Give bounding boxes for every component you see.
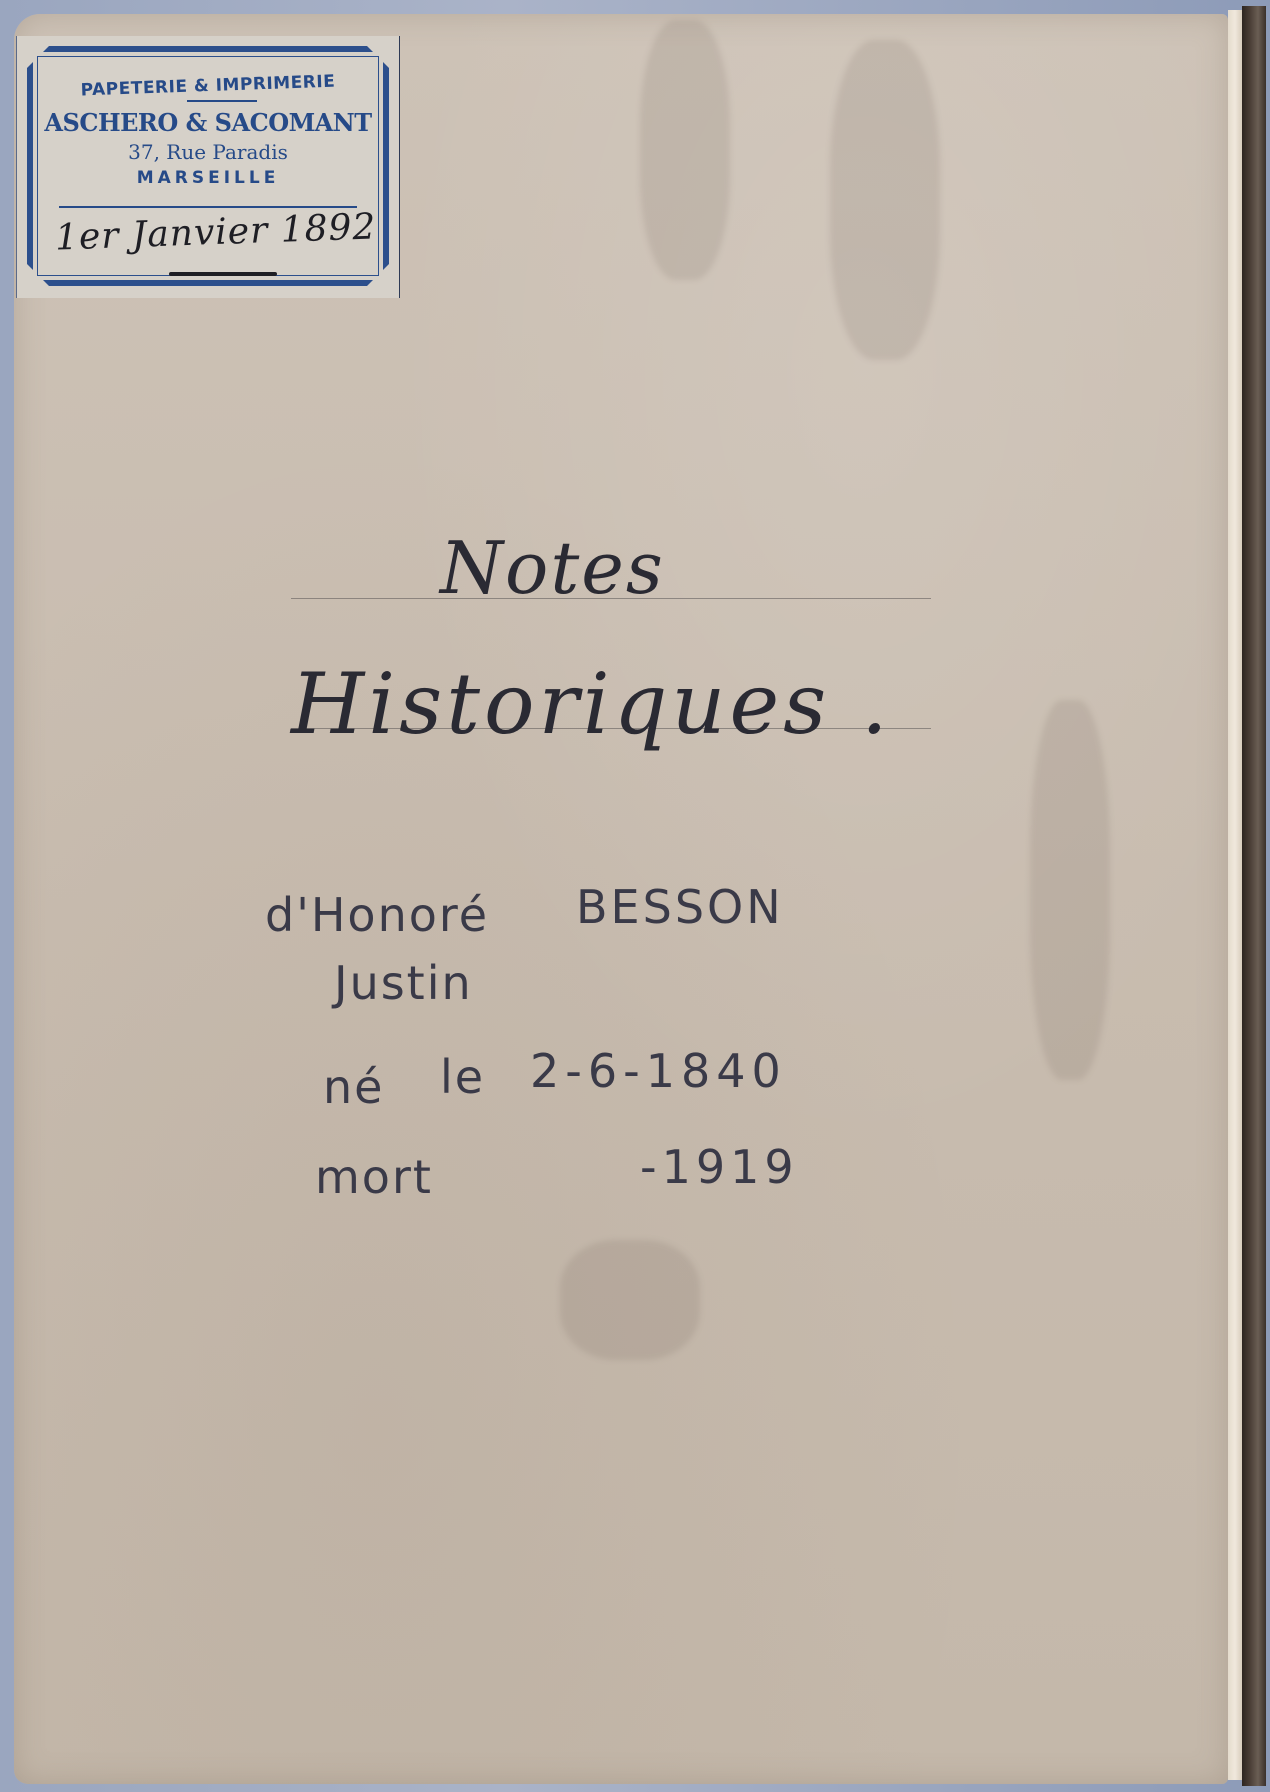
author-given-name: Justin (334, 956, 473, 1010)
author-prefix: d'Honoré (265, 888, 489, 942)
born-label: né (323, 1060, 384, 1114)
died-label: mort (315, 1150, 433, 1204)
born-le: le (440, 1050, 485, 1104)
page-edges (1228, 10, 1242, 1780)
died-date: -1919 (640, 1140, 799, 1194)
label-divider (187, 100, 257, 102)
paper-crease (830, 40, 940, 360)
stationer-label: PAPETERIE & IMPRIMERIE ASCHERO & SACOMAN… (16, 36, 400, 298)
paper-crease (560, 1240, 700, 1360)
label-line-city: MARSEILLE (17, 168, 399, 188)
born-date: 2-6-1840 (530, 1044, 787, 1098)
author-surname: BESSON (576, 880, 784, 934)
paper-crease (1030, 700, 1110, 1080)
title-historiques: Historiques . (291, 655, 892, 753)
notebook-spine (1242, 6, 1266, 1786)
label-line-company: ASCHERO & SACOMANT (17, 108, 399, 137)
paper-crease (640, 20, 730, 280)
label-line-address: 37, Rue Paradis (17, 140, 399, 164)
label-date-underline (169, 272, 277, 276)
title-notes: Notes (440, 526, 665, 610)
